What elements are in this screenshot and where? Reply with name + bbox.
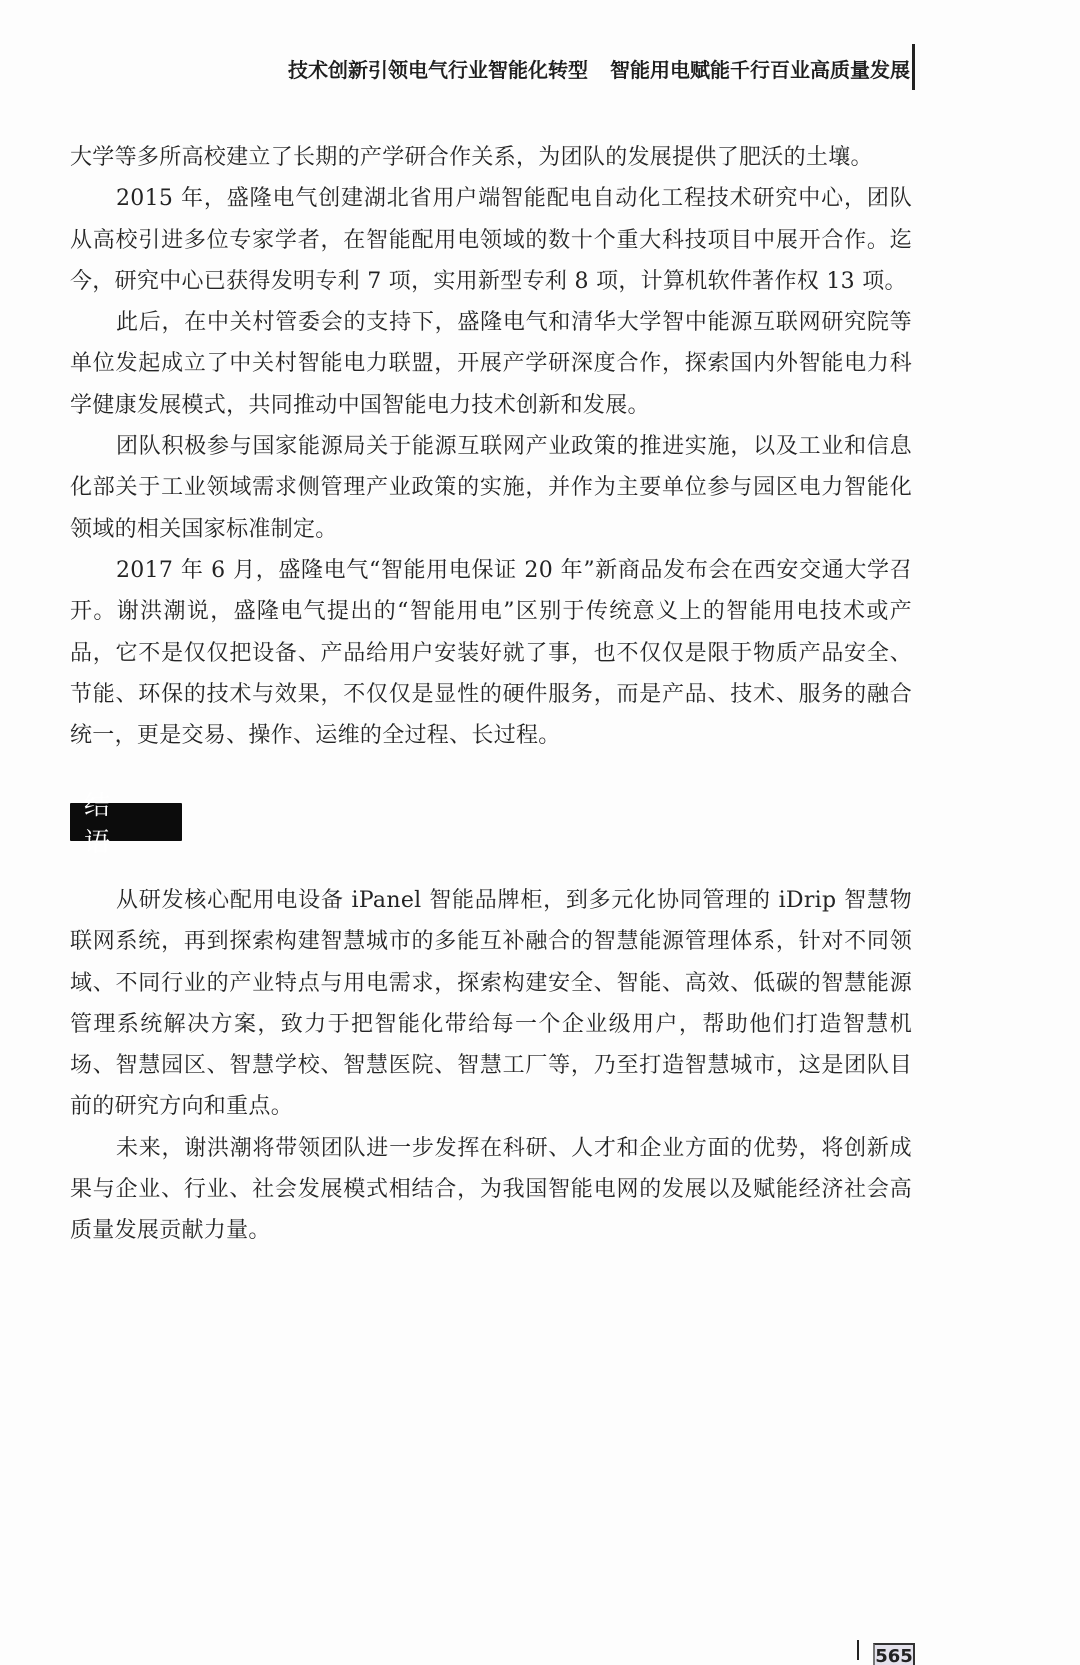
paragraph: 2017 年 6 月，盛隆电气“智能用电保证 20 年”新商品发布会在西安交通大… (70, 550, 912, 756)
header-divider-bar (912, 44, 915, 90)
running-header: 技术创新引领电气行业智能化转型 智能用电赋能千行百业高质量发展 (300, 50, 910, 86)
paragraph: 大学等多所高校建立了长期的产学研合作关系，为团队的发展提供了肥沃的土壤。 (70, 137, 912, 178)
footer-divider-bar (857, 1640, 859, 1660)
paragraph: 从研发核心配用电设备 iPanel 智能品牌柜，到多元化协同管理的 iDrip … (70, 880, 912, 1128)
paragraph: 团队积极参与国家能源局关于能源互联网产业政策的推进实施，以及工业和信息化部关于工… (70, 426, 912, 550)
body-text-upper: 大学等多所高校建立了长期的产学研合作关系，为团队的发展提供了肥沃的土壤。 201… (70, 137, 912, 756)
running-header-right-title: 智能用电赋能千行百业高质量发展 (610, 54, 910, 83)
paragraph: 2015 年，盛隆电气创建湖北省用户端智能配电自动化工程技术研究中心，团队从高校… (70, 178, 912, 302)
body-text-lower: 从研发核心配用电设备 iPanel 智能品牌柜，到多元化协同管理的 iDrip … (70, 880, 912, 1252)
page-number: 565 (873, 1643, 915, 1665)
section-heading-conclusion: 结 语 (70, 803, 182, 841)
paragraph: 未来，谢洪潮将带领团队进一步发挥在科研、人才和企业方面的优势，将创新成果与企业、… (70, 1128, 912, 1252)
paragraph: 此后，在中关村管委会的支持下，盛隆电气和清华大学智中能源互联网研究院等单位发起成… (70, 302, 912, 426)
running-header-left-title: 技术创新引领电气行业智能化转型 (288, 54, 588, 83)
